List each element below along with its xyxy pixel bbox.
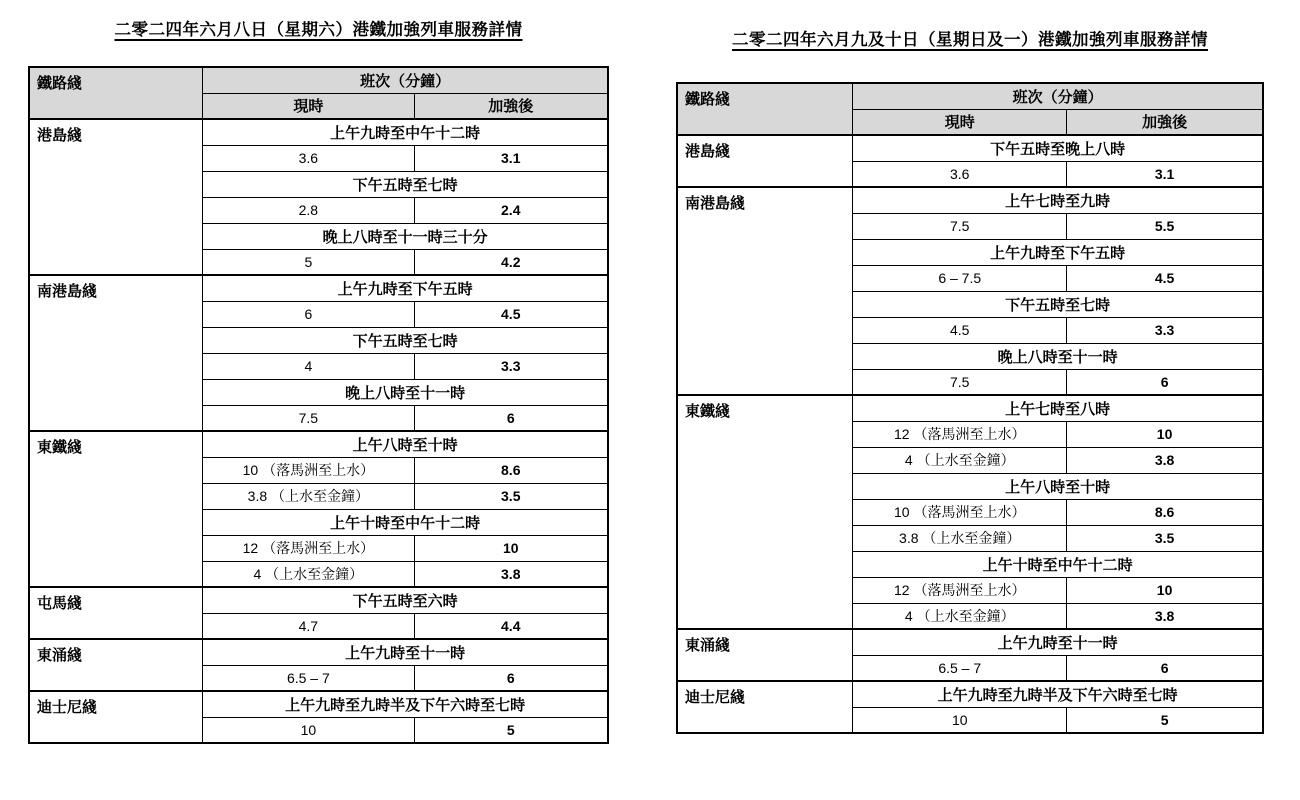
enhanced-value-cell: 3.8 — [1067, 447, 1263, 473]
service-table-body: 鐵路綫 班次（分鐘） 現時 加強後 港島綫下午五時至晚上八時3.63.1南港島綫… — [677, 83, 1263, 733]
time-period-row: 東鐵綫上午八時至十時 — [29, 431, 608, 457]
time-period-row: 南港島綫上午七時至九時 — [677, 187, 1263, 213]
rail-line-header: 鐵路綫 — [677, 83, 853, 135]
time-period-cell: 下午五時至六時 — [203, 587, 608, 613]
enhanced-value-cell: 3.5 — [414, 483, 608, 509]
frequency-group-header: 班次（分鐘） — [853, 83, 1263, 109]
time-period-cell: 上午八時至十時 — [203, 431, 608, 457]
line-name-cell: 港島綫 — [29, 119, 203, 275]
line-name-cell: 南港島綫 — [29, 275, 203, 431]
current-header: 現時 — [203, 93, 414, 119]
time-period-row: 南港島綫上午九時至下午五時 — [29, 275, 608, 301]
current-value-cell: 7.5 — [853, 369, 1067, 395]
current-value-cell: 10 — [853, 707, 1067, 733]
current-value-cell: 3.6 — [853, 161, 1067, 187]
enhanced-value-cell: 3.8 — [1067, 603, 1263, 629]
line-name-cell: 港島綫 — [677, 135, 853, 187]
time-period-row: 港島綫上午九時至中午十二時 — [29, 119, 608, 145]
current-value-cell: 4 （上水至金鐘） — [853, 603, 1067, 629]
current-value-cell: 10 （落馬洲至上水） — [853, 499, 1067, 525]
time-period-row: 東涌綫上午九時至十一時 — [29, 639, 608, 665]
saturday-table-panel: 二零二四年六月八日（星期六）港鐵加強列車服務詳情 鐵路綫 班次（分鐘） 現時 加… — [28, 16, 609, 744]
time-period-cell: 上午九時至九時半及下午六時至七時 — [853, 681, 1263, 707]
enhanced-value-cell: 2.4 — [414, 197, 608, 223]
enhanced-value-cell: 10 — [1067, 421, 1263, 447]
line-name-cell: 南港島綫 — [677, 187, 853, 395]
time-period-cell: 上午九時至九時半及下午六時至七時 — [203, 691, 608, 717]
current-value-cell: 12 （落馬洲至上水） — [853, 421, 1067, 447]
time-period-cell: 晚上八時至十一時三十分 — [203, 223, 608, 249]
current-value-cell: 4.5 — [853, 317, 1067, 343]
enhanced-value-cell: 4.2 — [414, 249, 608, 275]
line-name-cell: 屯馬綫 — [29, 587, 203, 639]
enhanced-header: 加強後 — [414, 93, 608, 119]
enhanced-value-cell: 3.8 — [414, 561, 608, 587]
sunday-monday-table-panel: 二零二四年六月九及十日（星期日及一）港鐵加強列車服務詳情 鐵路綫 班次（分鐘） … — [676, 26, 1264, 734]
enhanced-value-cell: 6 — [1067, 655, 1263, 681]
time-period-cell: 上午九時至十一時 — [853, 629, 1263, 655]
enhanced-value-cell: 8.6 — [414, 457, 608, 483]
current-value-cell: 4 （上水至金鐘） — [853, 447, 1067, 473]
current-header: 現時 — [853, 109, 1067, 135]
current-value-cell: 2.8 — [203, 197, 414, 223]
current-value-cell: 6 — [203, 301, 414, 327]
enhanced-value-cell: 6 — [1067, 369, 1263, 395]
line-name-cell: 東涌綫 — [677, 629, 853, 681]
current-value-cell: 6.5 – 7 — [203, 665, 414, 691]
current-value-cell: 6 – 7.5 — [853, 265, 1067, 291]
current-value-cell: 6.5 – 7 — [853, 655, 1067, 681]
current-value-cell: 12 （落馬洲至上水） — [853, 577, 1067, 603]
time-period-cell: 晚上八時至十一時 — [203, 379, 608, 405]
current-value-cell: 4 — [203, 353, 414, 379]
current-value-cell: 3.8 （上水至金鐘） — [203, 483, 414, 509]
time-period-cell: 上午十時至中午十二時 — [203, 509, 608, 535]
time-period-cell: 上午七時至八時 — [853, 395, 1263, 421]
time-period-row: 迪士尼綫上午九時至九時半及下午六時至七時 — [677, 681, 1263, 707]
enhanced-value-cell: 3.3 — [414, 353, 608, 379]
enhanced-value-cell: 5.5 — [1067, 213, 1263, 239]
line-name-cell: 東鐵綫 — [677, 395, 853, 629]
current-value-cell: 10 （落馬洲至上水） — [203, 457, 414, 483]
enhanced-value-cell: 6 — [414, 405, 608, 431]
current-value-cell: 4 （上水至金鐘） — [203, 561, 414, 587]
service-table-sunday-monday: 鐵路綫 班次（分鐘） 現時 加強後 港島綫下午五時至晚上八時3.63.1南港島綫… — [676, 82, 1264, 734]
line-name-cell: 東涌綫 — [29, 639, 203, 691]
enhanced-value-cell: 5 — [1067, 707, 1263, 733]
current-value-cell: 7.5 — [853, 213, 1067, 239]
enhanced-value-cell: 6 — [414, 665, 608, 691]
time-period-cell: 上午九時至十一時 — [203, 639, 608, 665]
time-period-cell: 上午十時至中午十二時 — [853, 551, 1263, 577]
time-period-cell: 下午五時至七時 — [853, 291, 1263, 317]
rail-line-header: 鐵路綫 — [29, 67, 203, 119]
time-period-cell: 上午七時至九時 — [853, 187, 1263, 213]
table-title-sunday-monday: 二零二四年六月九及十日（星期日及一）港鐵加強列車服務詳情 — [676, 26, 1264, 50]
current-value-cell: 4.7 — [203, 613, 414, 639]
current-value-cell: 3.8 （上水至金鐘） — [853, 525, 1067, 551]
time-period-cell: 上午八時至十時 — [853, 473, 1263, 499]
line-name-cell: 迪士尼綫 — [677, 681, 853, 733]
time-period-cell: 上午九時至下午五時 — [853, 239, 1263, 265]
time-period-row: 東涌綫上午九時至十一時 — [677, 629, 1263, 655]
enhanced-value-cell: 3.1 — [1067, 161, 1263, 187]
enhanced-header: 加強後 — [1067, 109, 1263, 135]
enhanced-value-cell: 3.1 — [414, 145, 608, 171]
line-name-cell: 迪士尼綫 — [29, 691, 203, 743]
time-period-cell: 上午九時至下午五時 — [203, 275, 608, 301]
time-period-cell: 下午五時至七時 — [203, 327, 608, 353]
frequency-group-header: 班次（分鐘） — [203, 67, 608, 93]
table-title-saturday: 二零二四年六月八日（星期六）港鐵加強列車服務詳情 — [28, 16, 609, 40]
enhanced-value-cell: 3.3 — [1067, 317, 1263, 343]
enhanced-value-cell: 3.5 — [1067, 525, 1263, 551]
header-row-group: 鐵路綫 班次（分鐘） — [677, 83, 1263, 109]
service-table-body: 鐵路綫 班次（分鐘） 現時 加強後 港島綫上午九時至中午十二時3.63.1下午五… — [29, 67, 608, 743]
enhanced-value-cell: 4.4 — [414, 613, 608, 639]
header-row-group: 鐵路綫 班次（分鐘） — [29, 67, 608, 93]
time-period-cell: 上午九時至中午十二時 — [203, 119, 608, 145]
time-period-cell: 晚上八時至十一時 — [853, 343, 1263, 369]
current-value-cell: 5 — [203, 249, 414, 275]
enhanced-value-cell: 8.6 — [1067, 499, 1263, 525]
time-period-row: 港島綫下午五時至晚上八時 — [677, 135, 1263, 161]
enhanced-value-cell: 4.5 — [414, 301, 608, 327]
current-value-cell: 3.6 — [203, 145, 414, 171]
enhanced-value-cell: 10 — [1067, 577, 1263, 603]
service-table-saturday: 鐵路綫 班次（分鐘） 現時 加強後 港島綫上午九時至中午十二時3.63.1下午五… — [28, 66, 609, 744]
time-period-row: 東鐵綫上午七時至八時 — [677, 395, 1263, 421]
time-period-cell: 下午五時至七時 — [203, 171, 608, 197]
enhanced-value-cell: 4.5 — [1067, 265, 1263, 291]
time-period-row: 屯馬綫下午五時至六時 — [29, 587, 608, 613]
time-period-row: 迪士尼綫上午九時至九時半及下午六時至七時 — [29, 691, 608, 717]
current-value-cell: 7.5 — [203, 405, 414, 431]
current-value-cell: 12 （落馬洲至上水） — [203, 535, 414, 561]
enhanced-value-cell: 10 — [414, 535, 608, 561]
time-period-cell: 下午五時至晚上八時 — [853, 135, 1263, 161]
line-name-cell: 東鐵綫 — [29, 431, 203, 587]
enhanced-value-cell: 5 — [414, 717, 608, 743]
current-value-cell: 10 — [203, 717, 414, 743]
